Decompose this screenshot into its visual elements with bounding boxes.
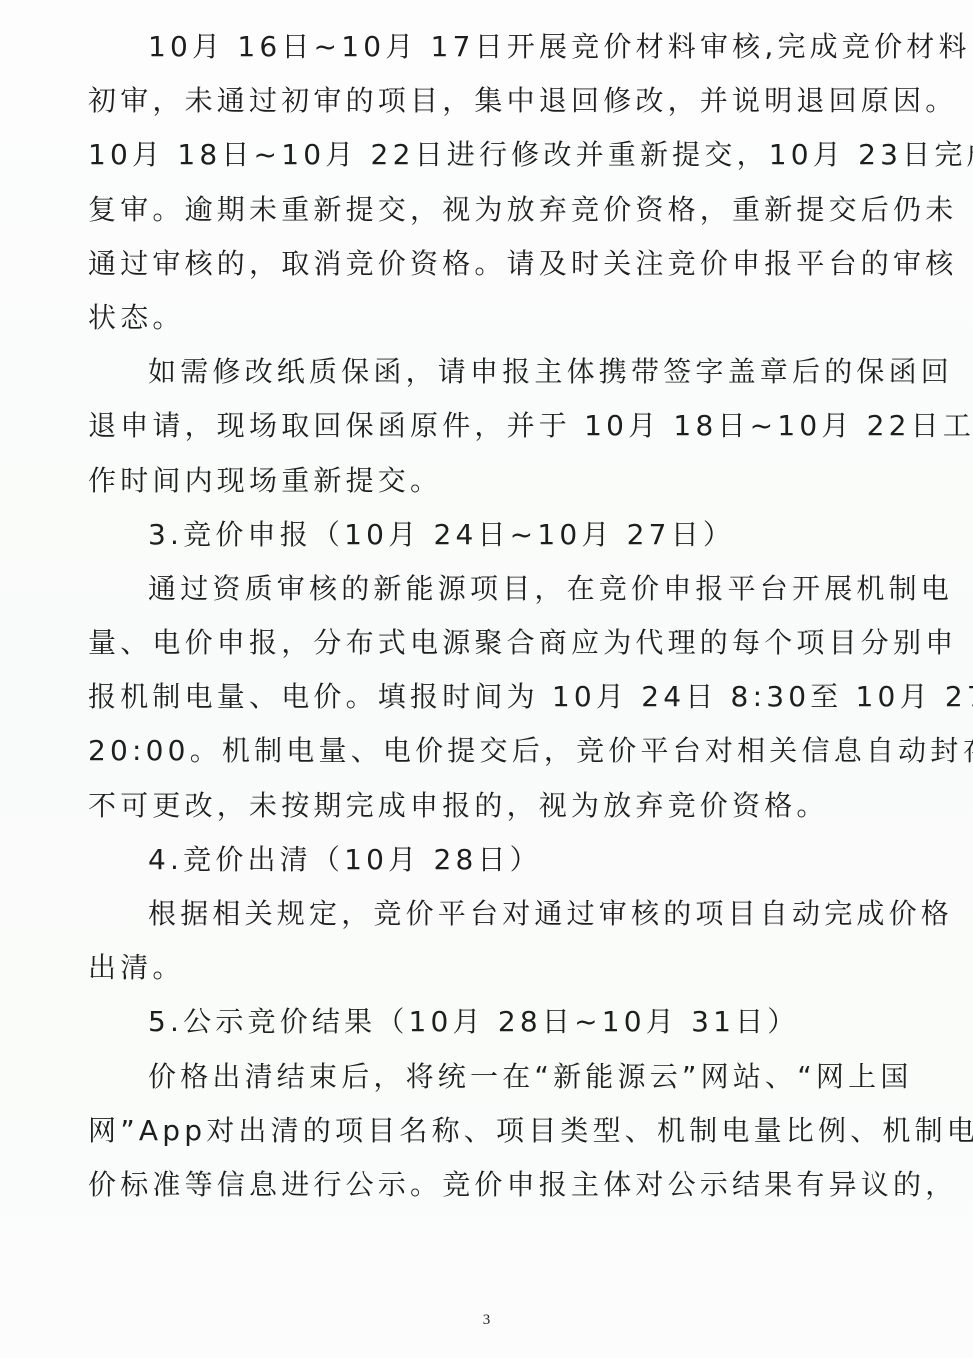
paragraph-publish-results-line-2: 网”App对出清的项目名称、项目类型、机制电量比例、机制电 (88, 1104, 912, 1158)
paragraph-guarantee-line-2: 退申请，现场取回保函原件，并于 10月 18日~10月 22日工 (88, 399, 912, 453)
paragraph-bid-declaration-line-2: 量、电价申报，分布式电源聚合商应为代理的每个项目分别申 (88, 616, 912, 670)
page-number: 3 (0, 1312, 973, 1329)
paragraph-bid-declaration-line-4: 20:00。机制电量、电价提交后，竞价平台对相关信息自动封存， (88, 724, 912, 778)
paragraph-bid-declaration-line-1: 通过资质审核的新能源项目，在竞价申报平台开展机制电 (88, 562, 912, 616)
paragraph-publish-results-line-1: 价格出清结束后，将统一在“新能源云”网站、“网上国 (88, 1050, 912, 1104)
paragraph-review-schedule-line-6: 状态。 (88, 291, 912, 345)
document-body: 10月 16日~10月 17日开展竞价材料审核,完成竞价材料 初审，未通过初审的… (88, 20, 912, 1212)
paragraph-bid-clearing-line-2: 出清。 (88, 941, 912, 995)
document-page: 10月 16日~10月 17日开展竞价材料审核,完成竞价材料 初审，未通过初审的… (0, 0, 973, 1358)
section-heading-publish-results: 5.公示竞价结果（10月 28日~10月 31日） (88, 995, 912, 1049)
section-heading-bid-clearing: 4.竞价出清（10月 28日） (88, 833, 912, 887)
paragraph-bid-clearing-line-1: 根据相关规定，竞价平台对通过审核的项目自动完成价格 (88, 887, 912, 941)
paragraph-review-schedule-line-2: 初审，未通过初审的项目，集中退回修改，并说明退回原因。 (88, 74, 912, 128)
paragraph-review-schedule-line-1: 10月 16日~10月 17日开展竞价材料审核,完成竞价材料 (88, 20, 912, 74)
section-heading-bid-declaration: 3.竞价申报（10月 24日~10月 27日） (88, 508, 912, 562)
paragraph-review-schedule-line-3: 10月 18日~10月 22日进行修改并重新提交，10月 23日完成 (88, 128, 912, 182)
paragraph-review-schedule-line-4: 复审。逾期未重新提交，视为放弃竞价资格，重新提交后仍未 (88, 183, 912, 237)
paragraph-bid-declaration-line-3: 报机制电量、电价。填报时间为 10月 24日 8:30至 10月 27日 (88, 670, 912, 724)
paragraph-bid-declaration-line-5: 不可更改，未按期完成申报的，视为放弃竞价资格。 (88, 779, 912, 833)
paragraph-guarantee-line-3: 作时间内现场重新提交。 (88, 454, 912, 508)
paragraph-review-schedule-line-5: 通过审核的，取消竞价资格。请及时关注竞价申报平台的审核 (88, 237, 912, 291)
paragraph-guarantee-line-1: 如需修改纸质保函，请申报主体携带签字盖章后的保函回 (88, 345, 912, 399)
paragraph-publish-results-line-3: 价标准等信息进行公示。竞价申报主体对公示结果有异议的， (88, 1158, 912, 1212)
